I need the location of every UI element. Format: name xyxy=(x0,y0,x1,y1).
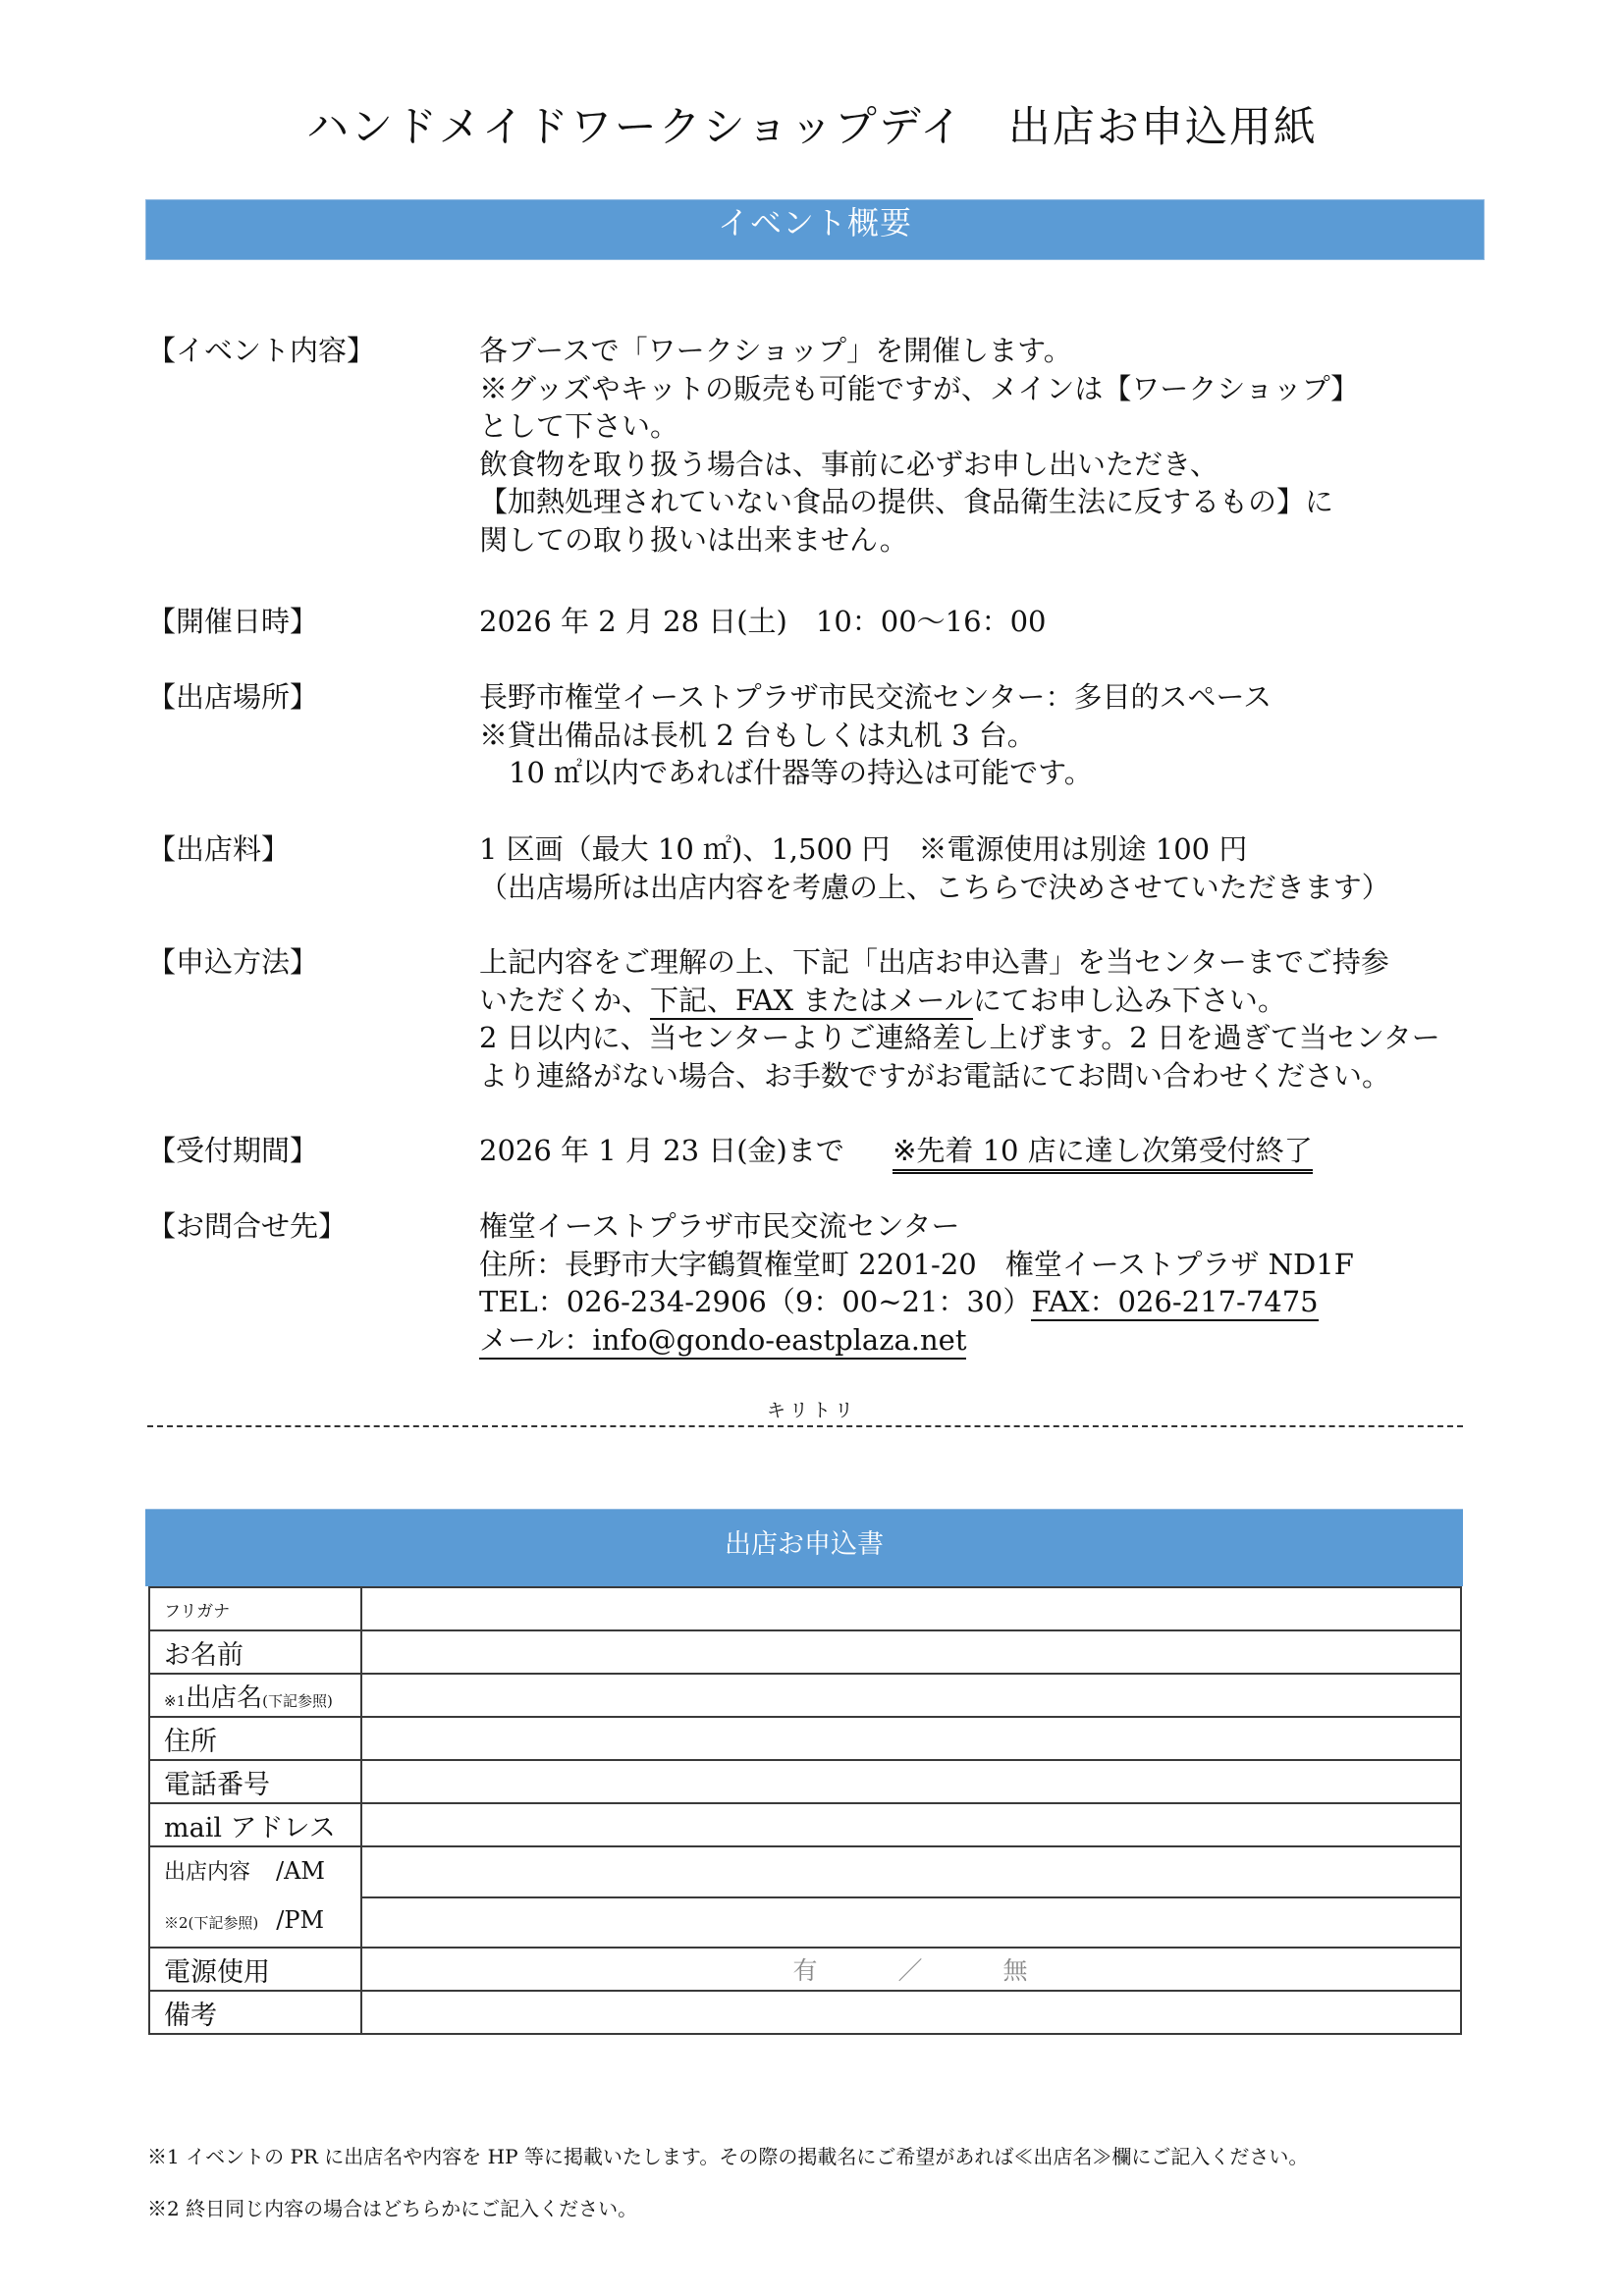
deadline-date: 2026 年 1 月 23 日(金)まで xyxy=(479,1134,844,1167)
cut-line-divider xyxy=(147,1425,1463,1427)
text-line: 各ブースで「ワークショップ」を開催します。 xyxy=(479,332,1520,370)
text-line: 上記内容をご理解の上、下記「出店お申込書」を当センターまでご持参 xyxy=(479,943,1520,982)
deadline-notice: ※先着 10 店に達し次第受付終了 xyxy=(893,1134,1313,1174)
section-body: 1 区画（最大 10 ㎡)、1,500 円 ※電源使用は別途 100 円 （出店… xyxy=(479,830,1520,906)
section-label: 【受付期間】 xyxy=(147,1132,461,1170)
table-row: お名前 xyxy=(149,1630,1461,1674)
contact-org: 権堂イーストプラザ市民交流センター xyxy=(479,1207,1520,1246)
section-label: 【開催日時】 xyxy=(147,603,461,641)
text-line: より連絡がない場合、お手数ですがお電話にてお問い合わせください。 xyxy=(479,1057,1520,1095)
underlined-text: 下記、FAX またはメール xyxy=(650,984,973,1020)
section-label: 【申込方法】 xyxy=(147,943,461,982)
event-date: 2026 年 2 月 28 日(土) 10：00～16：00 xyxy=(479,603,1520,641)
shop-name-label: ※1出店名(下記参照) xyxy=(149,1674,361,1717)
section-fee: 【出店料】 1 区画（最大 10 ㎡)、1,500 円 ※電源使用は別途 100… xyxy=(147,830,1502,909)
section-period: 【受付期間】 2026 年 1 月 23 日(金)まで ※先着 10 店に達し次… xyxy=(147,1132,1502,1171)
address-label: 住所 xyxy=(149,1717,361,1760)
table-row: 電源使用 有／無 xyxy=(149,1948,1461,1991)
power-separator: ／ xyxy=(897,1951,924,1987)
contact-tel: TEL：026-234-2906（9：00~21：30） xyxy=(479,1285,1031,1318)
section-body: 2026 年 1 月 23 日(金)まで ※先着 10 店に達し次第受付終了 xyxy=(479,1132,1520,1170)
contact-tel-fax: TEL：026-234-2906（9：00~21：30）FAX：026-217-… xyxy=(479,1283,1520,1321)
text-line: ※貸出備品は長机 2 台もしくは丸机 3 台。 xyxy=(479,717,1520,755)
section-contact: 【お問合せ先】 権堂イーストプラザ市民交流センター 住所：長野市大字鶴賀権堂町 … xyxy=(147,1207,1502,1364)
fee-text: 1 区画（最大 10 ㎡)、1,500 円 ※電源使用は別途 100 円 xyxy=(479,830,1520,869)
event-overview-banner: イベント概要 xyxy=(145,199,1485,260)
section-body: 各ブースで「ワークショップ」を開催します。 ※グッズやキットの販売も可能ですが、… xyxy=(479,332,1520,559)
table-row: 出店内容/AM ※2(下記参照)/PM xyxy=(149,1846,1461,1897)
section-venue: 【出店場所】 長野市権堂イーストプラザ市民交流センター：多目的スペース ※貸出備… xyxy=(147,678,1502,796)
text-line: （出店場所は出店内容を考慮の上、こちらで決めさせていただきます） xyxy=(479,869,1520,907)
section-method: 【申込方法】 上記内容をご理解の上、下記「出店お申込書」を当センターまでご持参 … xyxy=(147,943,1502,1100)
footnote-1: ※1 イベントの PR に出店名や内容を HP 等に掲載いたします。その際の掲載… xyxy=(147,2143,1308,2170)
table-row: 備考 xyxy=(149,1991,1461,2034)
mail-label: mail アドレス xyxy=(149,1803,361,1846)
text-line: 2 日以内に、当センターよりご連絡差し上げます。2 日を過ぎて当センター xyxy=(479,1019,1520,1057)
shop-name-field[interactable] xyxy=(361,1674,1461,1717)
text-line: いただくか、下記、FAX またはメールにてお申し込み下さい。 xyxy=(479,982,1520,1020)
table-row: 住所 xyxy=(149,1717,1461,1760)
section-label: 【出店場所】 xyxy=(147,678,461,717)
text-line: 飲食物を取り扱う場合は、事前に必ずお申し出いただき、 xyxy=(479,446,1520,484)
section-body: 上記内容をご理解の上、下記「出店お申込書」を当センターまでご持参 いただくか、下… xyxy=(479,943,1520,1095)
phone-field[interactable] xyxy=(361,1760,1461,1803)
address-field[interactable] xyxy=(361,1717,1461,1760)
section-label: 【お問合せ先】 xyxy=(147,1207,461,1246)
text-line: ※グッズやキットの販売も可能ですが、メインは【ワークショップ】 xyxy=(479,370,1520,408)
name-label: お名前 xyxy=(149,1630,361,1674)
contact-fax: FAX：026-217-7475 xyxy=(1031,1285,1318,1321)
section-body: 2026 年 2 月 28 日(土) 10：00～16：00 xyxy=(479,603,1520,641)
cut-here-label: キリトリ xyxy=(0,1399,1624,1422)
table-row: mail アドレス xyxy=(149,1803,1461,1846)
furigana-label: フリガナ xyxy=(149,1587,361,1630)
furigana-field[interactable] xyxy=(361,1587,1461,1630)
section-datetime: 【開催日時】 2026 年 2 月 28 日(土) 10：00～16：00 xyxy=(147,603,1502,642)
application-form-table: フリガナ お名前 ※1出店名(下記参照) 住所 電話番号 mail アドレス 出… xyxy=(148,1586,1462,2035)
remarks-field[interactable] xyxy=(361,1991,1461,2034)
text-line: 10 ㎡以内であれば什器等の持込は可能です。 xyxy=(479,754,1520,792)
power-choice: 有／無 xyxy=(361,1948,1461,1991)
content-am-field[interactable] xyxy=(361,1846,1461,1897)
mail-field[interactable] xyxy=(361,1803,1461,1846)
text-line: として下さい。 xyxy=(479,407,1520,446)
section-event-content: 【イベント内容】 各ブースで「ワークショップ」を開催します。 ※グッズやキットの… xyxy=(147,332,1502,567)
table-row: 電話番号 xyxy=(149,1760,1461,1803)
page-title: ハンドメイドワークショップデイ 出店お申込用紙 xyxy=(0,96,1624,159)
remarks-label: 備考 xyxy=(149,1991,361,2034)
table-row: ※1出店名(下記参照) xyxy=(149,1674,1461,1717)
footnote-2: ※2 終日同じ内容の場合はどちらかにご記入ください。 xyxy=(147,2195,637,2222)
name-field[interactable] xyxy=(361,1630,1461,1674)
content-pm-field[interactable] xyxy=(361,1897,1461,1949)
contact-address: 住所：長野市大字鶴賀権堂町 2201-20 権堂イーストプラザ ND1F xyxy=(479,1246,1520,1284)
text-line: 【加熱処理されていない食品の提供、食品衛生法に反するもの】に xyxy=(479,483,1520,521)
text-line: 長野市権堂イーストプラザ市民交流センター：多目的スペース xyxy=(479,678,1520,717)
content-label: 出店内容/AM ※2(下記参照)/PM xyxy=(149,1846,361,1948)
section-label: 【イベント内容】 xyxy=(147,332,461,370)
contact-mail[interactable]: メール：info@gondo-eastplaza.net xyxy=(479,1323,966,1360)
section-body: 権堂イーストプラザ市民交流センター 住所：長野市大字鶴賀権堂町 2201-20 … xyxy=(479,1207,1520,1359)
text-line: 関しての取り扱いは出来ません。 xyxy=(479,521,1520,560)
power-no-option[interactable]: 無 xyxy=(1003,1951,1030,1987)
table-row: フリガナ xyxy=(149,1587,1461,1630)
power-yes-option[interactable]: 有 xyxy=(792,1951,819,1987)
section-label: 【出店料】 xyxy=(147,830,461,869)
section-body: 長野市権堂イーストプラザ市民交流センター：多目的スペース ※貸出備品は長机 2 … xyxy=(479,678,1520,792)
phone-label: 電話番号 xyxy=(149,1760,361,1803)
application-form-header: 出店お申込書 xyxy=(145,1509,1463,1586)
power-label: 電源使用 xyxy=(149,1948,361,1991)
